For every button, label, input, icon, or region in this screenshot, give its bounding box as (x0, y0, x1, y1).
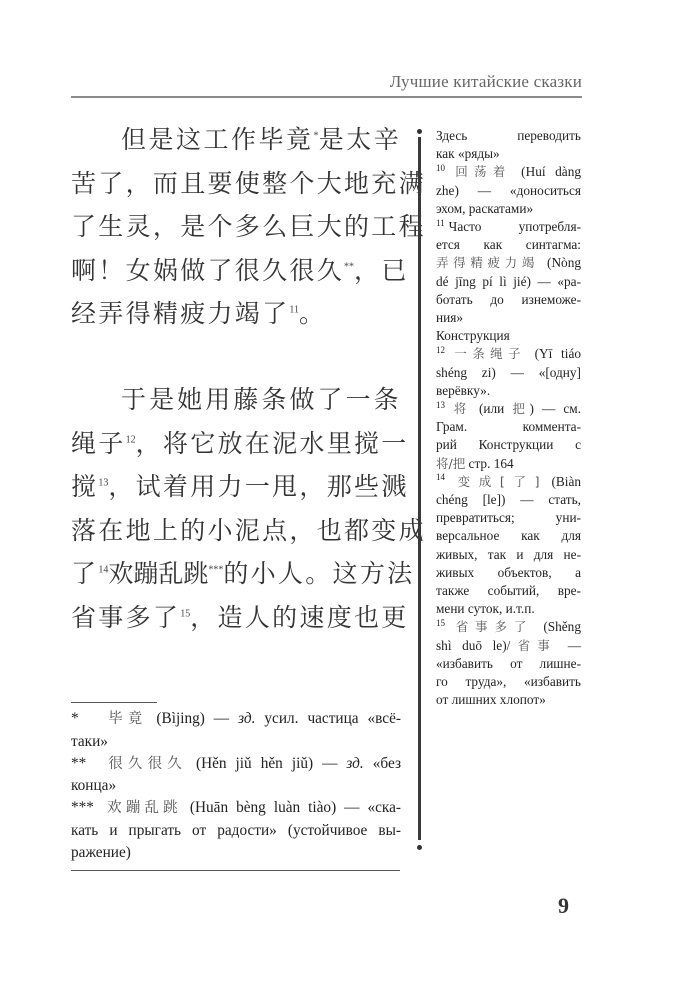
note-line: — (568, 638, 581, 653)
footnote-text: конца» (71, 775, 401, 797)
footnote-mark: * (71, 708, 103, 730)
note-marker[interactable]: 14 (98, 565, 108, 576)
note-line: ) — см. (530, 401, 581, 416)
column-divider-dot-bottom (417, 845, 422, 850)
note-cjk: 省事多了 (449, 619, 533, 634)
footnote-cjk: 毕竟 (103, 711, 147, 727)
footnote-cjk: 很久很久 (103, 756, 187, 772)
text-run: 省事多了 (71, 603, 180, 632)
text-line: 了14欢蹦乱跳***的小人。这方法 (71, 552, 401, 596)
text-line: 落在地上的小泥点，也都变成 (71, 509, 401, 553)
text-line: 啊！女娲做了很久很久**，已 (71, 249, 401, 293)
text-line: 绳子12，将它放在泥水里搅一 (71, 422, 401, 466)
margin-note: Здесь переводить как «ряды» (436, 127, 581, 163)
text-line: 了生灵，是个多么巨大的工程 (71, 205, 401, 249)
note-line: chéng [le]) — стать, (436, 491, 581, 509)
footnote-text: ражение) (71, 842, 401, 864)
footnote-marker[interactable]: ** (344, 261, 354, 272)
note-line: превратиться; уни- (436, 509, 581, 527)
note-cjk: 将/把 (436, 456, 465, 471)
note-line: живых, так и для не- (436, 546, 581, 564)
note-line: (Shěng (543, 619, 581, 634)
note-line: shéng zi) — «[одну] (436, 364, 581, 382)
note-cjk: 一条绳子 (449, 346, 526, 361)
margin-note-12: 12一条绳子 (Yī tiáo shéng zi) — «[одну] верё… (436, 345, 581, 400)
note-line: «избавить от лишне- (436, 655, 581, 673)
note-cjk: 把 (512, 401, 529, 416)
note-cjk: 回荡着 (449, 164, 512, 179)
text-run: ，已 (354, 256, 409, 285)
margin-note-13: 13将 (или 把) — см. Грам. коммента- рий Ко… (436, 400, 581, 473)
note-cjk: 省事 (510, 638, 557, 653)
note-cjk: 变成[了] (449, 474, 539, 489)
footnote-abbr: зд. (346, 755, 363, 772)
text-run: 是太辛 (319, 125, 402, 154)
note-line: ется как синтагма: (436, 236, 581, 254)
note-line: (Huí dàng (521, 164, 581, 179)
footnote-text: «без (373, 755, 401, 772)
note-line: го труда», «избавить (436, 673, 581, 691)
footnote-abbr: зд. (238, 710, 255, 727)
text-run: 搅 (71, 472, 98, 501)
footnote-text: усил. частица «всё- (264, 710, 401, 727)
note-number: 11 (436, 218, 445, 228)
text-run: 的小人。这方法 (223, 559, 414, 588)
note-number: 10 (436, 163, 445, 173)
note-line: также событий, вре- (436, 582, 581, 600)
footnote-marker[interactable]: *** (208, 565, 223, 576)
note-line: (Nòng (547, 255, 581, 270)
text-line: 省事多了15，造人的速度也更 (71, 596, 401, 640)
note-cjk: 弄得精疲力竭 (436, 255, 539, 270)
footnotes: *毕竟 (Bìjing) — зд. усил. частица «всё- т… (71, 708, 401, 864)
note-marker[interactable]: 13 (98, 478, 108, 489)
text-run: ，造人的速度也更 (190, 603, 408, 632)
footnote-pinyin: (Hěn jiǔ hěn jiǔ) — (196, 755, 337, 772)
footnote-pinyin: (Huān bèng luàn tiào) — «ска- (190, 799, 401, 816)
text-run: 啊！女娲做了很久很久 (71, 256, 344, 285)
footnote-2: **很久很久 (Hěn jiǔ hěn jiǔ) — зд. «без конц… (71, 753, 401, 798)
note-number: 15 (436, 618, 445, 628)
note-line: эхом, раскатами» (436, 200, 581, 218)
note-line: верёвку». (436, 382, 581, 400)
header-rule (71, 96, 582, 98)
note-cjk: 将 (449, 401, 471, 416)
page-number: 9 (558, 893, 569, 919)
note-line: (или (479, 401, 504, 416)
text-run: 。 (299, 299, 326, 328)
footnote-pinyin: (Bìjing) — (156, 710, 229, 727)
footnote-separator (71, 702, 157, 703)
margin-note-15: 15省事多了 (Shěng shì duō le)/省事 — «избавить… (436, 618, 581, 709)
text-line: 但是这工作毕竟*是太辛 (71, 118, 401, 162)
note-line: версальное как для (436, 527, 581, 545)
note-line: от лишних хлопот» (436, 691, 581, 709)
note-line: (Yī tiáo (535, 346, 581, 361)
text-run: ，将它放在泥水里搅一 (136, 429, 409, 458)
note-line: рий Конструкции с (436, 436, 581, 454)
note-marker[interactable]: 12 (126, 434, 136, 445)
paragraph-2: 于是她用藤条做了一条 绳子12，将它放在泥水里搅一 搅13，试着用力一甩，那些溅… (71, 378, 401, 640)
note-marker[interactable]: 11 (289, 305, 299, 316)
footnote-cjk: 欢蹦乱跳 (103, 800, 182, 816)
paragraph-1: 但是这工作毕竟*是太辛 苦了，而且要使整个大地充满 了生灵，是个多么巨大的工程 … (71, 118, 401, 336)
note-line: Конструкция (436, 327, 581, 345)
margin-note-10: 10回荡着 (Huí dàng zhe) — «доноситься эхом,… (436, 163, 581, 218)
footnote-mark: ** (71, 753, 103, 775)
margin-note-11: 11Часто употребля- ется как синтагма: 弄得… (436, 218, 581, 345)
note-line: zhe) — «доноситься (436, 182, 581, 200)
text-run: 了 (71, 559, 98, 588)
main-text: 但是这工作毕竟*是太辛 苦了，而且要使整个大地充满 了生灵，是个多么巨大的工程 … (71, 118, 401, 640)
note-number: 12 (436, 345, 445, 355)
text-run: 绳子 (71, 429, 126, 458)
note-line: Часто употребля- (449, 219, 581, 234)
text-run: 但是这工作毕竟 (121, 125, 314, 154)
note-marker[interactable]: 15 (180, 609, 190, 620)
text-line: 苦了，而且要使整个大地充满 (71, 162, 401, 206)
bottom-rule (71, 870, 400, 871)
note-line: живых объектов, а (436, 564, 581, 582)
column-divider (418, 137, 421, 840)
note-line: стр. 164 (469, 456, 514, 471)
footnote-text: кать и прыгать от радости» (устойчивое в… (71, 820, 401, 842)
note-line: мени суток, и.т.п. (436, 600, 581, 618)
note-line: shì duō le)/ (436, 638, 510, 653)
text-line: 于是她用藤条做了一条 (71, 378, 401, 422)
note-number: 14 (436, 472, 445, 482)
footnote-1: *毕竟 (Bìjing) — зд. усил. частица «всё- т… (71, 708, 401, 753)
column-divider-dot-top (417, 129, 422, 134)
text-run: ，试着用力一甩，那些溅 (108, 472, 408, 501)
text-run: 欢蹦乱跳 (108, 559, 208, 588)
note-line: Грам. коммента- (436, 418, 581, 436)
margin-notes: Здесь переводить как «ряды» 10回荡着 (Huí d… (436, 127, 581, 710)
footnote-text: таки» (71, 731, 401, 753)
margin-note-14: 14变成[了] (Biàn chéng [le]) — стать, превр… (436, 473, 581, 619)
note-line: ботать до изнеможе- (436, 291, 581, 309)
note-line: Здесь переводить (436, 127, 581, 145)
text-line: 搅13，试着用力一甩，那些溅 (71, 465, 401, 509)
running-head: Лучшие китайские сказки (71, 72, 582, 92)
note-line: (Biàn (551, 474, 581, 489)
text-line: 经弄得精疲力竭了11。 (71, 292, 401, 336)
footnote-mark: *** (71, 797, 103, 819)
note-line: ния» (436, 309, 581, 327)
footnote-3: ***欢蹦乱跳 (Huān bèng luàn tiào) — «ска- ка… (71, 797, 401, 863)
note-number: 13 (436, 400, 445, 410)
text-run: 经弄得精疲力竭了 (71, 299, 289, 328)
note-line: как «ряды» (436, 145, 581, 163)
note-line: dé jīng pí lì jié) — «ра- (436, 273, 581, 291)
